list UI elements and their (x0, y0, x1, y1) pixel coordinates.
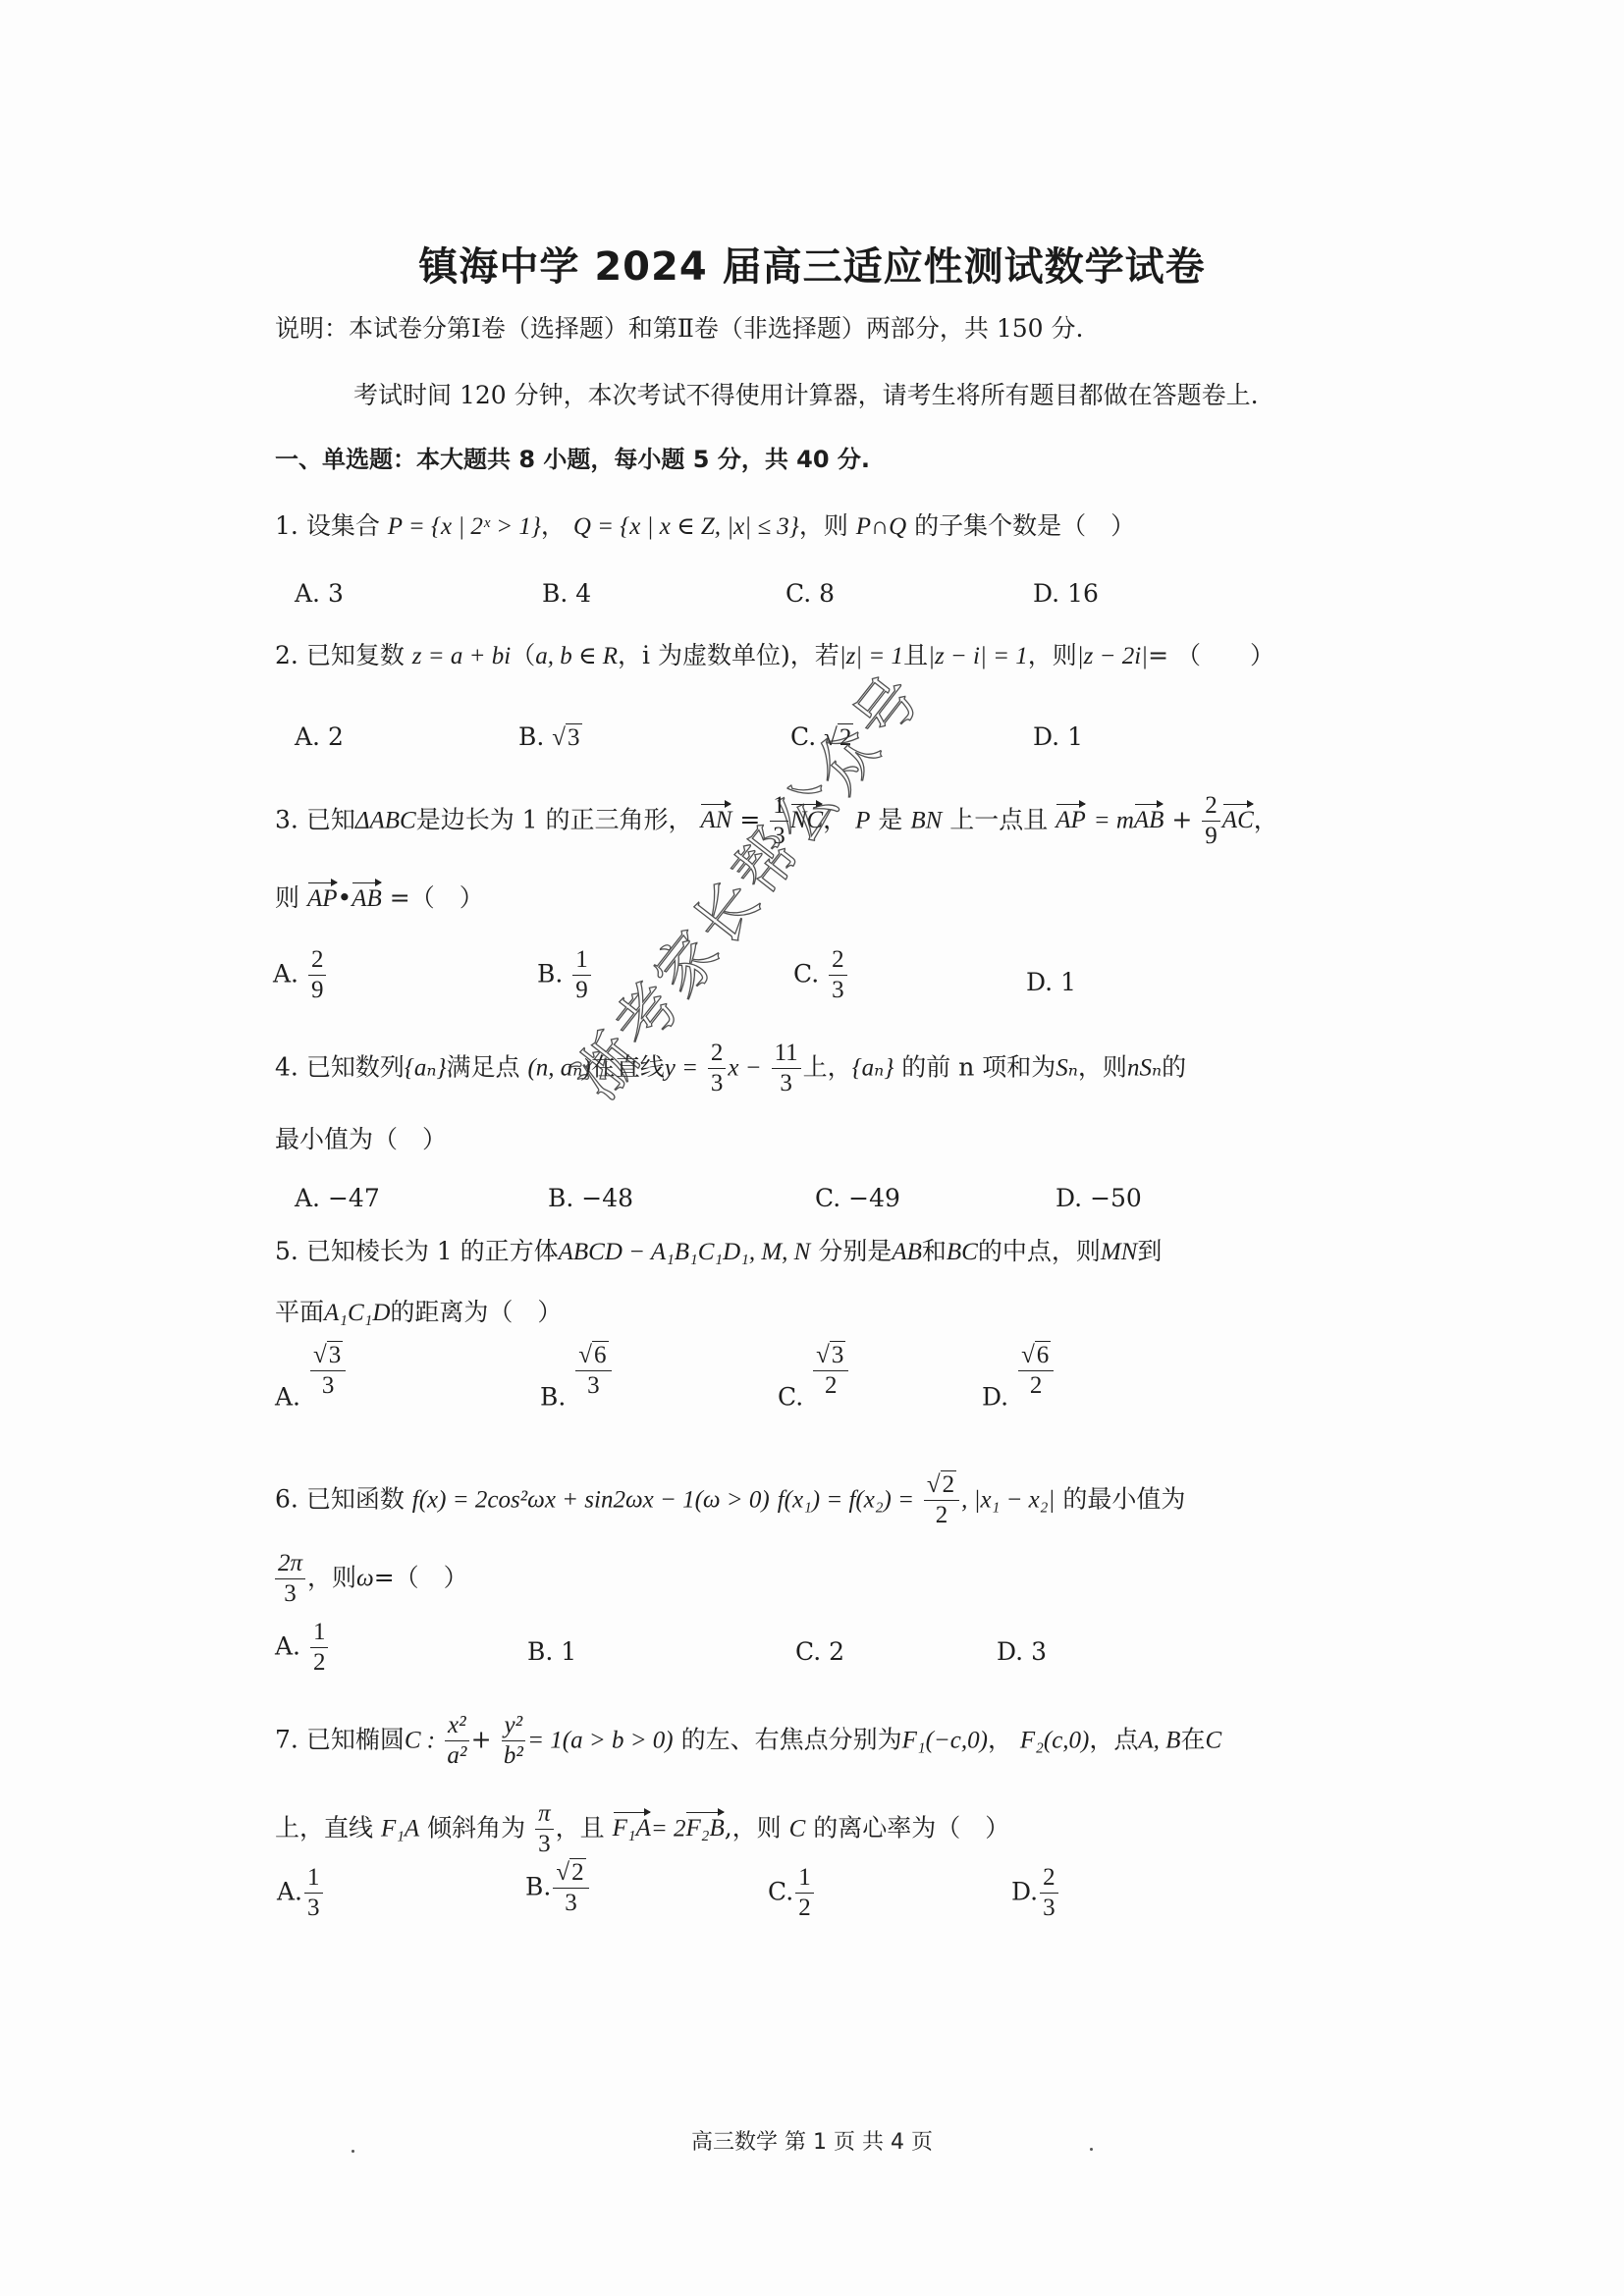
option-c: C.12 (768, 1865, 816, 1922)
option-c: C. 2 (795, 1639, 844, 1664)
instructions-line-1: 说明：本试卷分第Ⅰ卷（选择题）和第Ⅱ卷（非选择题）两部分，共 150 分. (275, 316, 1083, 341)
option-b: B. 19 (537, 947, 593, 1004)
option-c: C. 8 (785, 581, 835, 606)
option-b: B. 4 (542, 581, 591, 606)
option-d: D. 16 (1033, 581, 1099, 606)
question-6-line-2: 2π3，则ω=（ ） (273, 1551, 468, 1608)
option-d: D.23 (1011, 1865, 1060, 1922)
option-b: B. −48 (548, 1186, 633, 1210)
question-6-stem: 6. 已知函数 f(x) = 2cos²ωx + sin2ωx − 1(ω > … (275, 1472, 1185, 1529)
option-b: B.√23 (525, 1860, 591, 1917)
exam-title: 镇海中学 2024 届高三适应性测试数学试卷 (0, 236, 1624, 292)
page-footer: 高三数学 第 1 页 共 4 页 (0, 2125, 1624, 2156)
option-a: A. 29 (273, 947, 328, 1004)
option-b: B. √3 (518, 724, 582, 750)
scan-speck (352, 2150, 354, 2153)
option-d: D. 3 (997, 1639, 1047, 1664)
question-4-stem: 4. 已知数列{aₙ}满足点 (n, aₙ)在直线y = 23x − 113上，… (275, 1041, 1186, 1097)
question-5-line-2: 平面A₁C₁D的距离为（ ） (275, 1300, 562, 1325)
option-a: A. 2 (295, 724, 344, 749)
option-d: D. √62 (982, 1343, 1056, 1409)
option-d: D. 1 (1026, 970, 1076, 994)
question-7-line-2: 上，直线 F₁A 倾斜角为 π3，且 F₁A= 2F₂B,，则 C 的离心率为（… (275, 1801, 1009, 1858)
option-d: D. −50 (1056, 1186, 1142, 1210)
option-a: A.13 (277, 1865, 325, 1922)
option-b: B. √63 (540, 1343, 614, 1409)
question-4-line-2: 最小值为（ ） (275, 1127, 447, 1151)
option-a: A. −47 (295, 1186, 380, 1210)
option-a: A. √33 (275, 1343, 348, 1409)
question-2-stem: 2. 已知复数 z = a + bi（a, b ∈ R，i 为虚数单位)，若|z… (275, 643, 1274, 668)
exam-page: 镇海中学 2024 届高三适应性测试数学试卷 说明：本试卷分第Ⅰ卷（选择题）和第… (0, 0, 1624, 2296)
option-b: B. 1 (527, 1639, 576, 1664)
option-a: A. 3 (295, 581, 344, 606)
question-3-line-2: 则 AP•AB =（ ） (275, 885, 484, 911)
question-1-stem: 1. 设集合 P = {x | 2ˣ > 1}， Q = {x | x ∈ Z,… (275, 513, 1135, 539)
question-number: 1. (275, 511, 298, 540)
option-c: C. √32 (778, 1343, 850, 1409)
option-a: A. 12 (275, 1620, 330, 1677)
option-c: C. −49 (815, 1186, 900, 1210)
section-heading: 一、单选题：本大题共 8 小题，每小题 5 分，共 40 分. (275, 448, 870, 471)
option-d: D. 1 (1033, 724, 1083, 749)
question-5-stem: 5. 已知棱长为 1 的正方体ABCD − A₁B₁C₁D₁, M, N 分别是… (275, 1239, 1162, 1264)
instructions-line-2: 考试时间 120 分钟，本次考试不得使用计算器，请考生将所有题目都做在答题卷上. (353, 383, 1259, 407)
option-c: C. 23 (793, 947, 849, 1004)
scan-speck (1090, 2148, 1093, 2151)
question-7-stem: 7. 已知椭圆C : x²a²+ y²b²= 1(a > b > 0) 的左、右… (275, 1713, 1221, 1770)
